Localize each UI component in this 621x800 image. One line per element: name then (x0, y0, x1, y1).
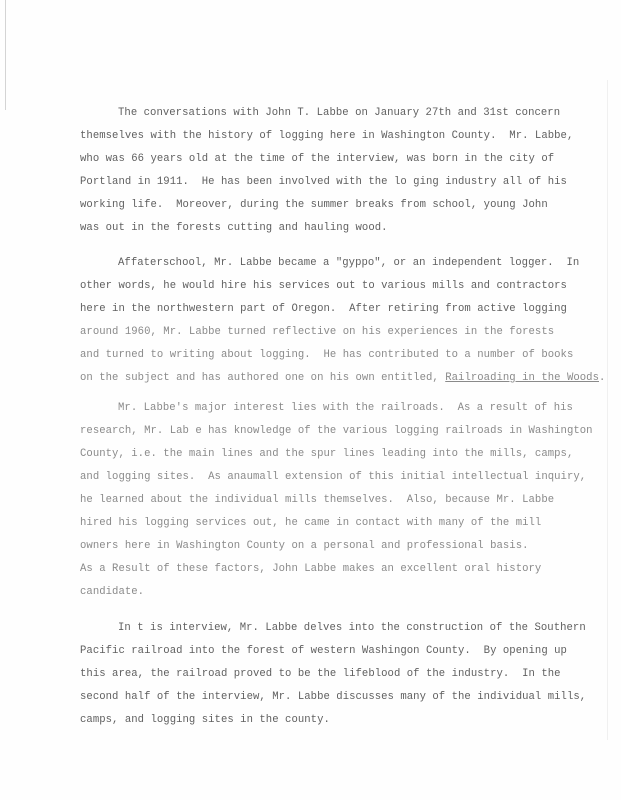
text-fragment: on the subject and has authored one on h… (80, 372, 445, 384)
text-line: and logging sites. As anaumall extension… (80, 470, 586, 484)
text-line: he learned about the individual mills th… (80, 493, 554, 507)
text-line: candidate. (80, 585, 144, 599)
text-line: who was 66 years old at the time of the … (80, 152, 554, 166)
text-line: this area, the railroad proved to be the… (80, 667, 561, 681)
text-line: hired his logging services out, he came … (80, 516, 541, 530)
text-line: Portland in 1911. He has been involved w… (80, 175, 567, 189)
text-line: and turned to writing about logging. He … (80, 348, 573, 362)
book-title: Railroading in the Woods (445, 372, 599, 384)
text-line: The conversations with John T. Labbe on … (118, 106, 560, 120)
text-line: themselves with the history of logging h… (80, 129, 573, 143)
text-line: In t is interview, Mr. Labbe delves into… (118, 621, 586, 635)
text-line-with-title: on the subject and has authored one on h… (80, 371, 605, 385)
text-line: around 1960, Mr. Labbe turned reflective… (80, 325, 554, 339)
text-line: research, Mr. Lab e has knowledge of the… (80, 424, 593, 438)
text-line: was out in the forests cutting and hauli… (80, 221, 388, 235)
text-line: Mr. Labbe's major interest lies with the… (118, 401, 573, 415)
text-line: County, i.e. the main lines and the spur… (80, 447, 573, 461)
text-fragment: . (599, 372, 605, 384)
text-line: camps, and logging sites in the county. (80, 713, 330, 727)
scan-edge-right (607, 80, 608, 740)
text-line: working life. Moreover, during the summe… (80, 198, 548, 212)
text-line: here in the northwestern part of Oregon.… (80, 302, 567, 316)
scan-edge-left (5, 0, 6, 110)
text-line: As a Result of these factors, John Labbe… (80, 562, 541, 576)
text-line: Pacific railroad into the forest of west… (80, 644, 567, 658)
document-page: The conversations with John T. Labbe on … (0, 0, 621, 800)
text-line: owners here in Washington County on a pe… (80, 539, 529, 553)
text-line: other words, he would hire his services … (80, 279, 567, 293)
text-line: Affaterschool, Mr. Labbe became a "gyppo… (118, 256, 579, 270)
text-line: second half of the interview, Mr. Labbe … (80, 690, 586, 704)
